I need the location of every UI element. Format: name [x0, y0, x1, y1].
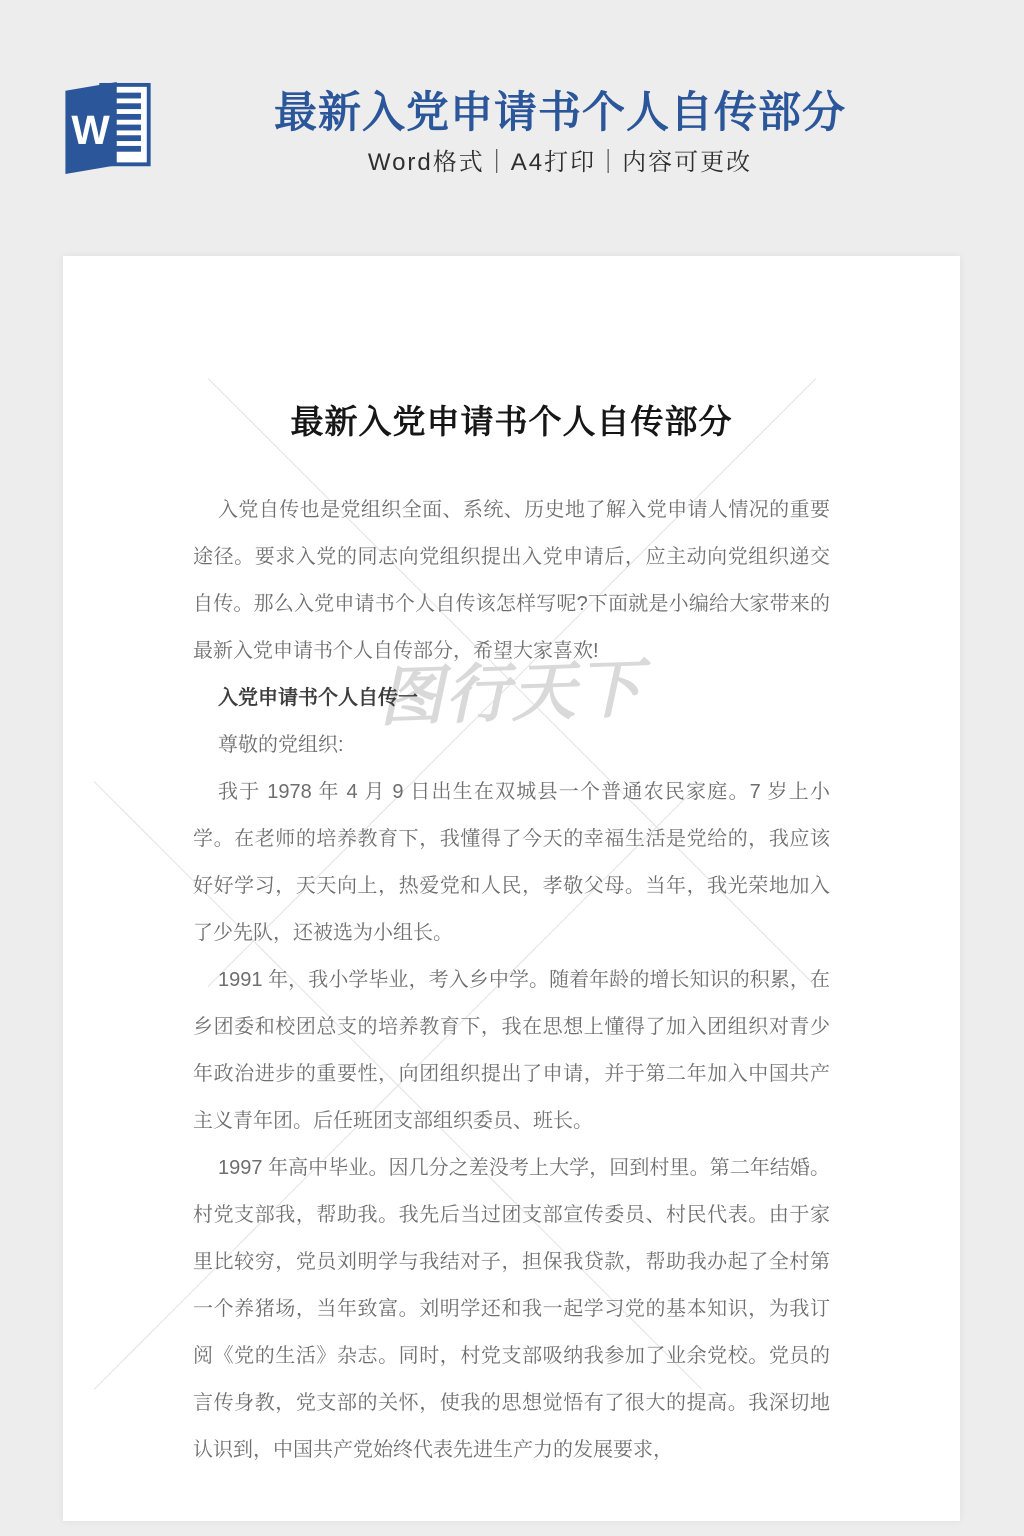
template-preview-page: W 最新入党申请书个人自传部分 Word格式｜A4打印｜内容可更改 图行天下 最…	[0, 0, 1024, 1536]
paragraph-section-heading: 入党申请书个人自传一	[193, 675, 830, 722]
template-subtitle: Word格式｜A4打印｜内容可更改	[96, 150, 1024, 176]
paragraph-body-2: 1991 年，我小学毕业，考入乡中学。随着年龄的增长知识的积累，在乡团委和校团总…	[193, 957, 830, 1145]
paragraph-salutation: 尊敬的党组织:	[193, 722, 830, 769]
document-title: 最新入党申请书个人自传部分	[63, 403, 960, 443]
paragraph-body-1: 我于 1978 年 4 月 9 日出生在双城县一个普通农民家庭。7 岁上小学。在…	[193, 769, 830, 957]
paragraph-body-3: 1997 年高中毕业。因几分之差没考上大学，回到村里。第二年结婚。村党支部我，帮…	[193, 1145, 830, 1474]
document-page: 图行天下 最新入党申请书个人自传部分 入党自传也是党组织全面、系统、历史地了解入…	[63, 256, 960, 1521]
template-title: 最新入党申请书个人自传部分	[96, 88, 1024, 138]
header-text-block: 最新入党申请书个人自传部分 Word格式｜A4打印｜内容可更改	[96, 88, 1024, 176]
document-body: 入党自传也是党组织全面、系统、历史地了解入党申请人情况的重要途径。要求入党的同志…	[193, 487, 830, 1474]
paragraph-intro: 入党自传也是党组织全面、系统、历史地了解入党申请人情况的重要途径。要求入党的同志…	[193, 487, 830, 675]
